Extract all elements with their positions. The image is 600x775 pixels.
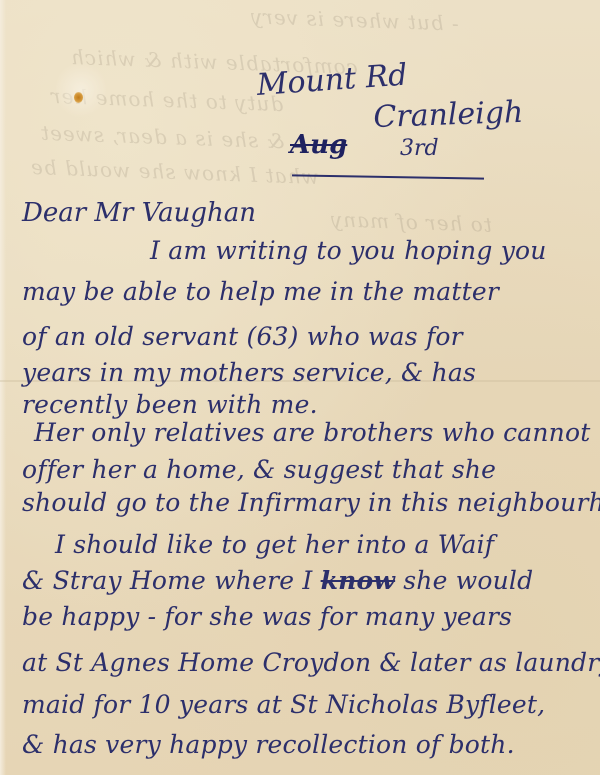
date-day: 3rd: [400, 136, 439, 161]
bleed-through-text: - but where is very: [250, 4, 460, 35]
bleed-through-text: what I know she would be: [30, 155, 319, 189]
body-line: maid for 10 years at St Nicholas Byfleet…: [22, 690, 545, 719]
salutation: Dear Mr Vaughan: [22, 198, 256, 228]
date-month-struck: Aug: [290, 130, 347, 160]
body-line-text: she would: [403, 566, 533, 595]
body-line: of an old servant (63) who was for: [22, 322, 463, 351]
body-line: Her only relatives are brothers who cann…: [34, 418, 590, 447]
letter-page: - but where is very comfortable with & w…: [0, 0, 600, 775]
paper-edge: [0, 0, 6, 775]
struck-word: know: [321, 566, 396, 595]
body-line: recently been with me.: [22, 390, 318, 419]
body-line: years in my mothers service, & has: [22, 358, 476, 387]
stain-halo: [56, 60, 106, 120]
address-line-2: Cranleigh: [373, 95, 524, 135]
body-line: should go to the Infirmary in this neigh…: [22, 488, 600, 517]
bleed-through-text: to her of many: [330, 207, 493, 237]
rust-stain: [74, 92, 83, 103]
date-underline: [292, 174, 484, 179]
body-line: & Stray Home where I know she would: [22, 566, 533, 595]
body-line: I should like to get her into a Waif: [55, 530, 494, 559]
bleed-through-text: & she is a dear, sweet: [40, 121, 285, 154]
body-line-text: & Stray Home where I: [22, 566, 312, 595]
body-line: at St Agnes Home Croydon & later as laun…: [22, 648, 600, 677]
body-line: offer her a home, & suggest that she: [22, 455, 496, 484]
body-line: may be able to help me in the matter: [22, 277, 499, 306]
body-line: & has very happy recollection of both.: [22, 730, 515, 759]
body-line: I am writing to you hoping you: [150, 236, 547, 265]
body-line: be happy - for she was for many years: [22, 602, 512, 631]
